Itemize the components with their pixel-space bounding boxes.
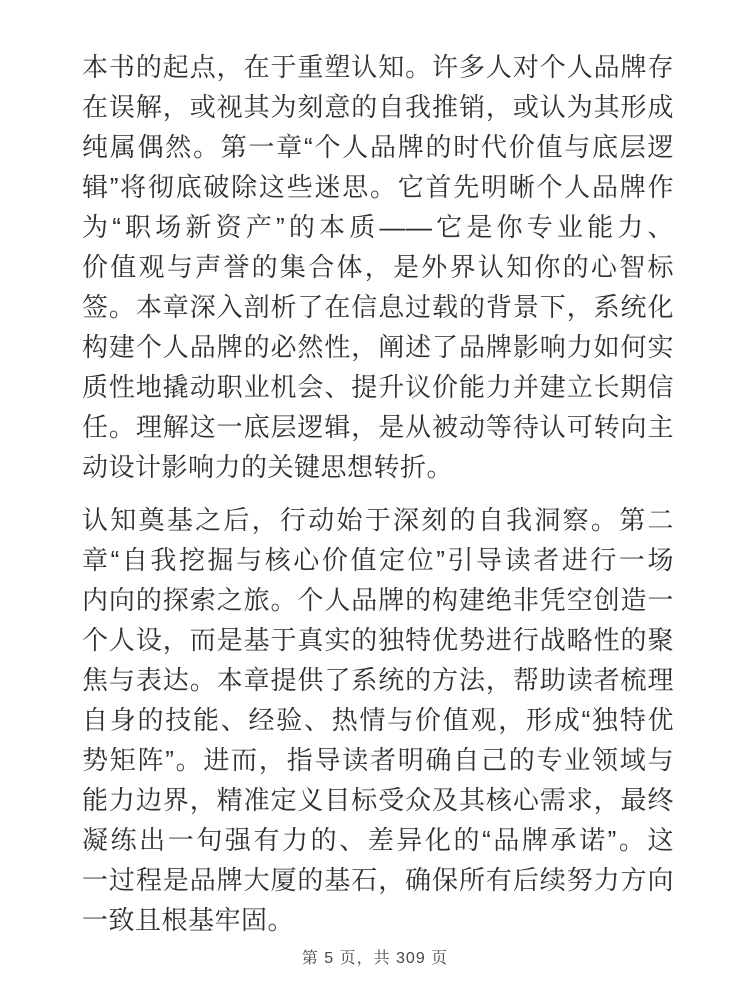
text-line: 凝练出一句强有力的、差异化的“品牌承诺”。这 [82,820,674,860]
text-line: 本书的起点，在于重塑认知。许多人对个人品牌存 [82,47,674,87]
text-line: 在误解，或视其为刻意的自我推销，或认为其形成 [82,87,674,127]
text-line: 认知奠基之后，行动始于深刻的自我洞察。第二 [82,500,674,540]
text-line: 一致且根基牢固。 [82,900,674,940]
text-line: 辑”将彻底破除这些迷思。它首先明晰个人品牌作 [82,167,674,207]
text-line: 为“职场新资产”的本质——它是你专业能力、 [82,207,674,247]
paragraph-2: 认知奠基之后，行动始于深刻的自我洞察。第二 章“自我挖掘与核心价值定位”引导读者… [82,500,674,940]
text-line: 构建个人品牌的必然性，阐述了品牌影响力如何实 [82,327,674,367]
text-line: 质性地撬动职业机会、提升议价能力并建立长期信 [82,367,674,407]
page-content: 本书的起点，在于重塑认知。许多人对个人品牌存 在误解，或视其为刻意的自我推销，或… [82,47,674,940]
paragraph-1: 本书的起点，在于重塑认知。许多人对个人品牌存 在误解，或视其为刻意的自我推销，或… [82,47,674,487]
text-line: 个人设，而是基于真实的独特优势进行战略性的聚 [82,620,674,660]
text-line: 自身的技能、经验、热情与价值观，形成“独特优 [82,700,674,740]
text-line: 任。理解这一底层逻辑，是从被动等待认可转向主 [82,407,674,447]
text-line: 价值观与声誉的集合体，是外界认知你的心智标 [82,247,674,287]
text-line: 势矩阵”。进而，指导读者明确自己的专业领域与 [82,740,674,780]
text-line: 内向的探索之旅。个人品牌的构建绝非凭空创造一 [82,580,674,620]
document-page: 本书的起点，在于重塑认知。许多人对个人品牌存 在误解，或视其为刻意的自我推销，或… [0,0,750,1000]
text-line: 章“自我挖掘与核心价值定位”引导读者进行一场 [82,540,674,580]
text-line: 焦与表达。本章提供了系统的方法，帮助读者梳理 [82,660,674,700]
text-line: 动设计影响力的关键思想转折。 [82,447,674,487]
page-footer: 第 5 页，共 309 页 [0,950,750,968]
text-line: 一过程是品牌大厦的基石，确保所有后续努力方向 [82,860,674,900]
text-line: 能力边界，精准定义目标受众及其核心需求，最终 [82,780,674,820]
text-line: 签。本章深入剖析了在信息过载的背景下，系统化 [82,287,674,327]
text-line: 纯属偶然。第一章“个人品牌的时代价值与底层逻 [82,127,674,167]
